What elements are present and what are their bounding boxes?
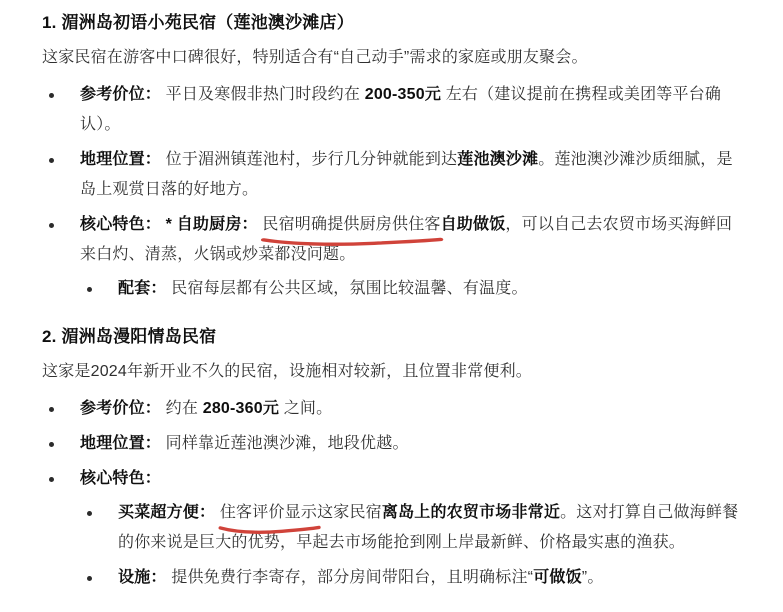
text-segment: 平日及寒假非热门时段约在	[161, 86, 365, 103]
text-segment: *	[161, 216, 177, 233]
bullet-dot	[49, 477, 54, 482]
list-item: 参考价位： 平日及寒假非热门时段约在 200-350元 左右（建议提前在携程或美…	[42, 80, 739, 140]
text-segment: 地理位置：	[80, 435, 161, 452]
red-underlined-text: 民宿明确提供厨房供住客	[262, 210, 440, 240]
bullet-dot	[87, 511, 92, 516]
list-item: 设施： 提供免费行李寄存，部分房间带阳台，且明确标注“可做饭”。	[80, 563, 739, 593]
bullet-dot	[49, 407, 54, 412]
text-segment: 参考价位：	[80, 86, 161, 103]
text-segment: 同样靠近莲池澳沙滩，地段优越。	[161, 435, 409, 452]
text-segment: 配套：	[118, 280, 167, 297]
text-segment: 买菜超方便：	[118, 504, 215, 521]
bullet-dot	[49, 93, 54, 98]
red-underlined-text: 住客评价显示	[220, 498, 317, 528]
text-segment: 设施：	[118, 569, 167, 586]
text-segment: 之间。	[279, 400, 332, 417]
sub-list: 买菜超方便： 住客评价显示这家民宿离岛上的农贸市场非常近。这对打算自己做海鲜餐的…	[80, 498, 739, 593]
section-1-title: 1. 湄洲岛初语小苑民宿（莲池澳沙滩店）	[42, 12, 739, 34]
section-2-title: 2. 湄洲岛漫阳情岛民宿	[42, 326, 739, 348]
list-item: 核心特色： * 自助厨房： 民宿明确提供厨房供住客自助做饭，可以自己去农贸市场买…	[42, 210, 739, 304]
list-item: 参考价位： 约在 280-360元 之间。	[42, 394, 739, 424]
text-segment: 核心特色：	[80, 470, 161, 487]
bullet-dot	[49, 158, 54, 163]
text-segment: 提供免费行李寄存，部分房间带阳台，且明确标注“	[167, 569, 534, 586]
section-2-intro: 这家是2024年新开业不久的民宿，设施相对较新，且位置非常便利。	[42, 360, 739, 384]
section-1-intro: 这家民宿在游客中口碑很好，特别适合有“自己动手”需求的家庭或朋友聚会。	[42, 46, 739, 70]
section-2: 2. 湄洲岛漫阳情岛民宿 这家是2024年新开业不久的民宿，设施相对较新，且位置…	[42, 326, 739, 593]
text-segment: ”。	[582, 569, 604, 586]
text-segment: 自助做饭	[441, 216, 506, 233]
document: 1. 湄洲岛初语小苑民宿（莲池澳沙滩店） 这家民宿在游客中口碑很好，特别适合有“…	[0, 0, 783, 612]
bullet-dot	[49, 223, 54, 228]
text-segment: 200-350元	[365, 86, 441, 103]
text-segment: 参考价位：	[80, 400, 161, 417]
text-segment: 离岛上的农贸市场非常近	[382, 504, 560, 521]
section-1: 1. 湄洲岛初语小苑民宿（莲池澳沙滩店） 这家民宿在游客中口碑很好，特别适合有“…	[42, 12, 739, 304]
bullet-dot	[49, 442, 54, 447]
text-segment: 民宿每层都有公共区域，氛围比较温馨、有温度。	[167, 280, 528, 297]
list-item: 配套： 民宿每层都有公共区域，氛围比较温馨、有温度。	[80, 274, 739, 304]
text-segment: 核心特色：	[80, 216, 161, 233]
text-segment: 这家民宿	[317, 504, 382, 521]
bullet-dot	[87, 576, 92, 581]
text-segment: 住客评价显示	[220, 504, 317, 521]
list-item: 买菜超方便： 住客评价显示这家民宿离岛上的农贸市场非常近。这对打算自己做海鲜餐的…	[80, 498, 739, 558]
text-segment: 民宿明确提供厨房供住客	[262, 216, 440, 233]
text-segment: 280-360元	[203, 400, 279, 417]
section-1-list: 参考价位： 平日及寒假非热门时段约在 200-350元 左右（建议提前在携程或美…	[42, 80, 739, 304]
text-segment: 莲池澳沙滩	[457, 151, 538, 168]
bullet-dot	[87, 287, 92, 292]
sub-list: 配套： 民宿每层都有公共区域，氛围比较温馨、有温度。	[80, 274, 739, 304]
section-2-list: 参考价位： 约在 280-360元 之间。地理位置： 同样靠近莲池澳沙滩，地段优…	[42, 394, 739, 593]
text-segment: 约在	[161, 400, 203, 417]
red-underline-annotation	[218, 525, 321, 534]
list-item: 地理位置： 位于湄洲镇莲池村，步行几分钟就能到达莲池澳沙滩。莲池澳沙滩沙质细腻，…	[42, 145, 739, 205]
text-segment: 自助厨房：	[177, 216, 258, 233]
text-segment: 地理位置：	[80, 151, 161, 168]
text-segment: 可做饭	[533, 569, 582, 586]
list-item: 核心特色：买菜超方便： 住客评价显示这家民宿离岛上的农贸市场非常近。这对打算自己…	[42, 464, 739, 593]
text-segment: 位于湄洲镇莲池村，步行几分钟就能到达	[161, 151, 457, 168]
list-item: 地理位置： 同样靠近莲池澳沙滩，地段优越。	[42, 429, 739, 459]
red-underline-annotation	[260, 237, 444, 246]
